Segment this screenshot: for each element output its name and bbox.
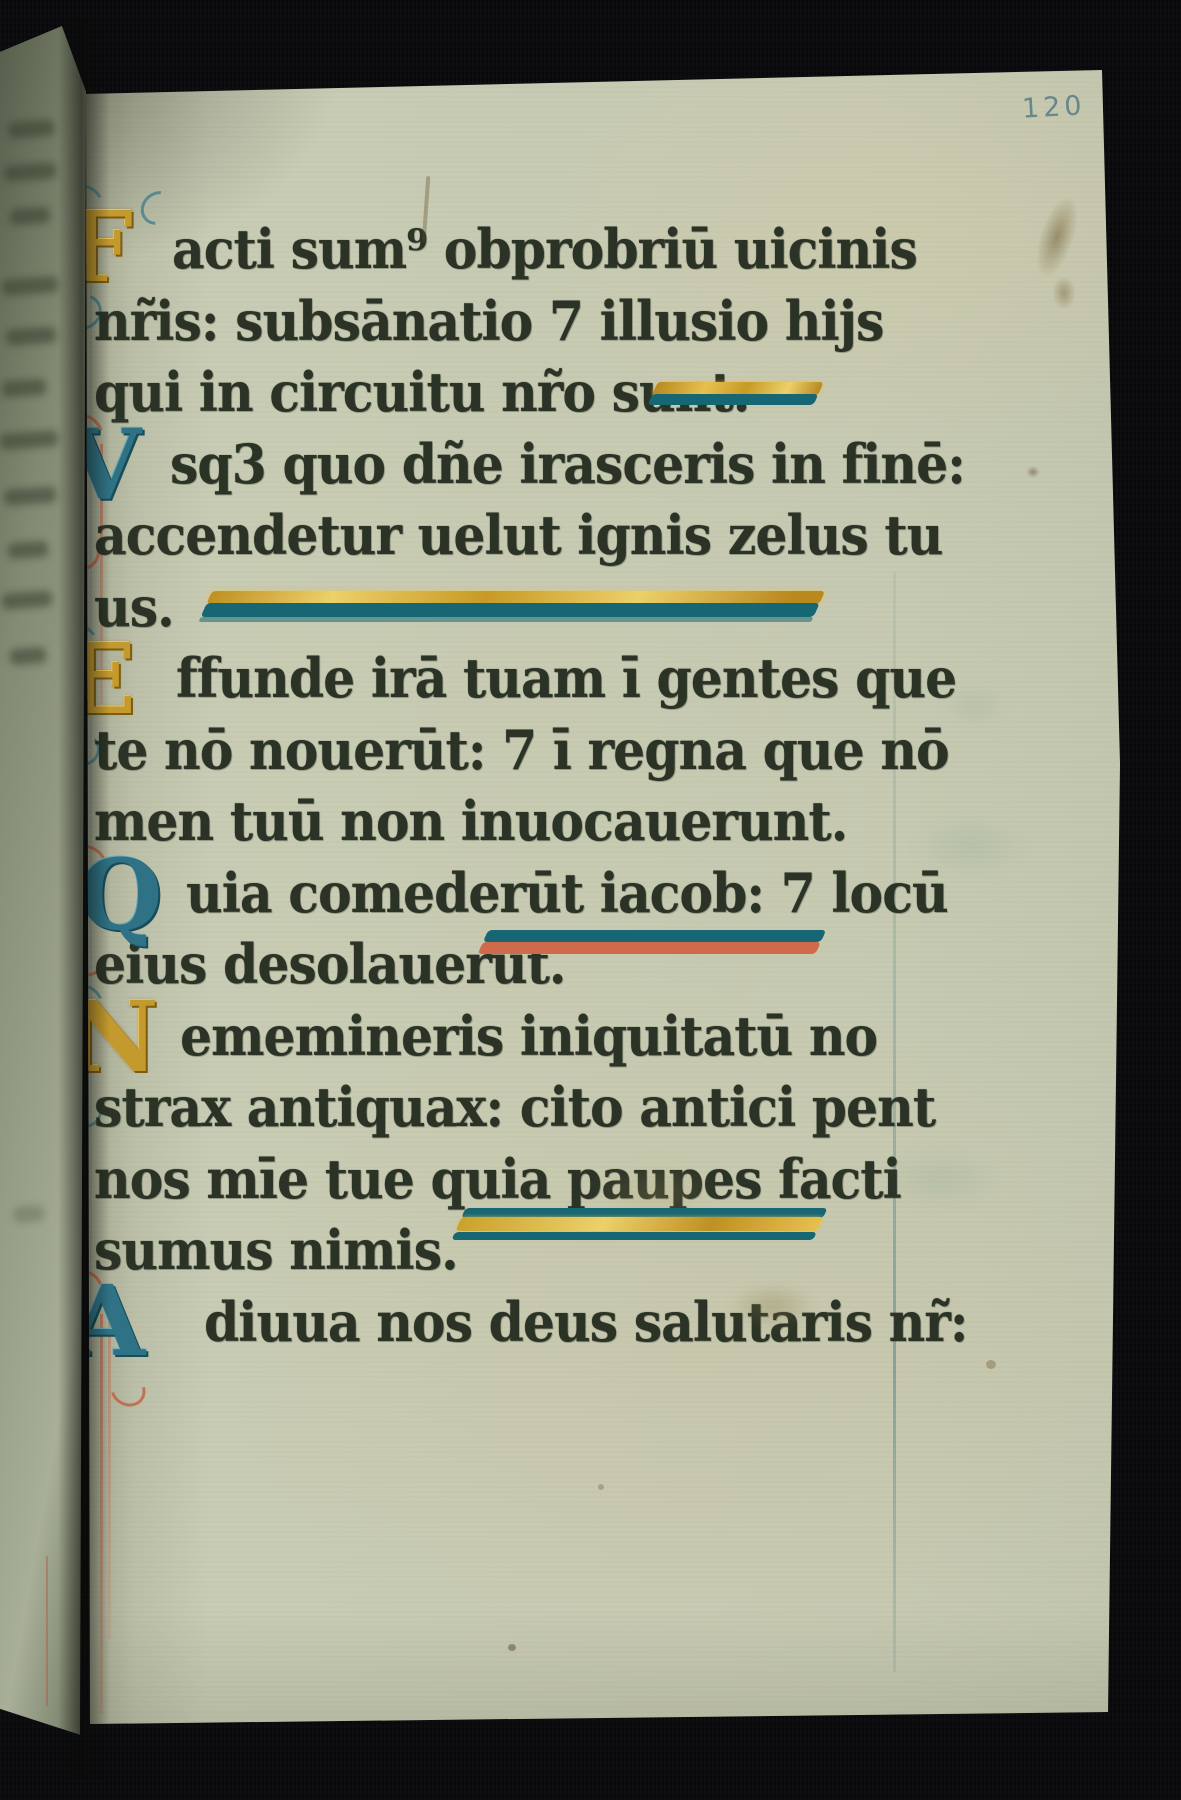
filler-gold-bar <box>455 1217 823 1231</box>
bleed-through-text <box>1 378 46 397</box>
text-line: diuua nos deus salutaris nr̃: <box>204 1291 968 1354</box>
line-filler-gold <box>646 382 824 408</box>
stain <box>598 1484 604 1490</box>
text-line: sumus nimis. <box>94 1219 458 1282</box>
text-line: uia comederūt iacob: 7 locū <box>186 862 948 925</box>
text-line: te nō nouerūt: 7 ī regna que nō <box>94 719 949 782</box>
line-filler-red-teal <box>476 930 826 958</box>
fore-edge-red-mark <box>46 1556 48 1706</box>
stain <box>460 1754 470 1762</box>
illuminated-initial-N: N <box>70 994 159 1081</box>
bleed-through-text <box>4 486 57 506</box>
stain <box>986 1360 996 1369</box>
text-line: nr̃is: subsānatio 7 illusio hijs <box>94 290 883 353</box>
manuscript-photo: 120 F V E Q N A acti sum⁹ obprobriū uic <box>0 0 1181 1800</box>
text-line: ffunde irā tuam ī gentes que <box>176 647 956 710</box>
line-filler-gold-long <box>197 589 826 625</box>
bleed-through-text <box>6 326 57 345</box>
bleed-through-text <box>2 590 53 609</box>
text-line: acti sum⁹ obprobriū uicinis <box>172 218 917 281</box>
ruling-line-left <box>90 214 92 1354</box>
filler-red-bar <box>478 942 821 954</box>
filler-teal-bar <box>451 1232 817 1240</box>
stain <box>1052 276 1076 310</box>
filler-teal-bar <box>648 394 819 405</box>
bottom-shadow <box>80 1608 1124 1728</box>
text-line: ememineris iniquitatū no <box>180 1005 877 1068</box>
filler-teal-bar <box>201 603 820 617</box>
text-line: men tuū non inuocauerunt. <box>94 790 847 853</box>
illuminated-initial-Q: Q <box>78 852 163 939</box>
text-line: strax antiquax: cito antici pent <box>94 1076 935 1139</box>
bleed-through-text <box>2 276 59 296</box>
bleed-through-text <box>7 119 54 138</box>
bleed-through-text <box>13 1205 44 1223</box>
book-fore-edge <box>0 26 86 1752</box>
stain <box>1026 466 1040 478</box>
text-line: accendetur uelut ignis zelus tu <box>94 504 942 567</box>
line-filler-teal-gold <box>450 1208 827 1242</box>
bleed-through-text <box>9 207 50 226</box>
text-line: sq3 quo dñe irasceris in finē: <box>170 433 965 496</box>
stain <box>1028 191 1087 283</box>
text-line: qui in circuitu nr̃o sunt. <box>94 361 749 424</box>
bleed-through-text <box>4 162 57 182</box>
manuscript-page: 120 F V E Q N A acti sum⁹ obprobriū uic <box>80 64 1124 1728</box>
bleed-through-text <box>0 430 58 450</box>
bleed-through-text <box>7 541 48 560</box>
bleed-through-text <box>9 647 46 665</box>
folio-number: 120 <box>1021 90 1086 124</box>
text-line: nos mīe tue quia paupes facti <box>94 1148 901 1211</box>
filler-teal-bar <box>198 617 813 622</box>
filler-teal-bar <box>483 930 826 942</box>
